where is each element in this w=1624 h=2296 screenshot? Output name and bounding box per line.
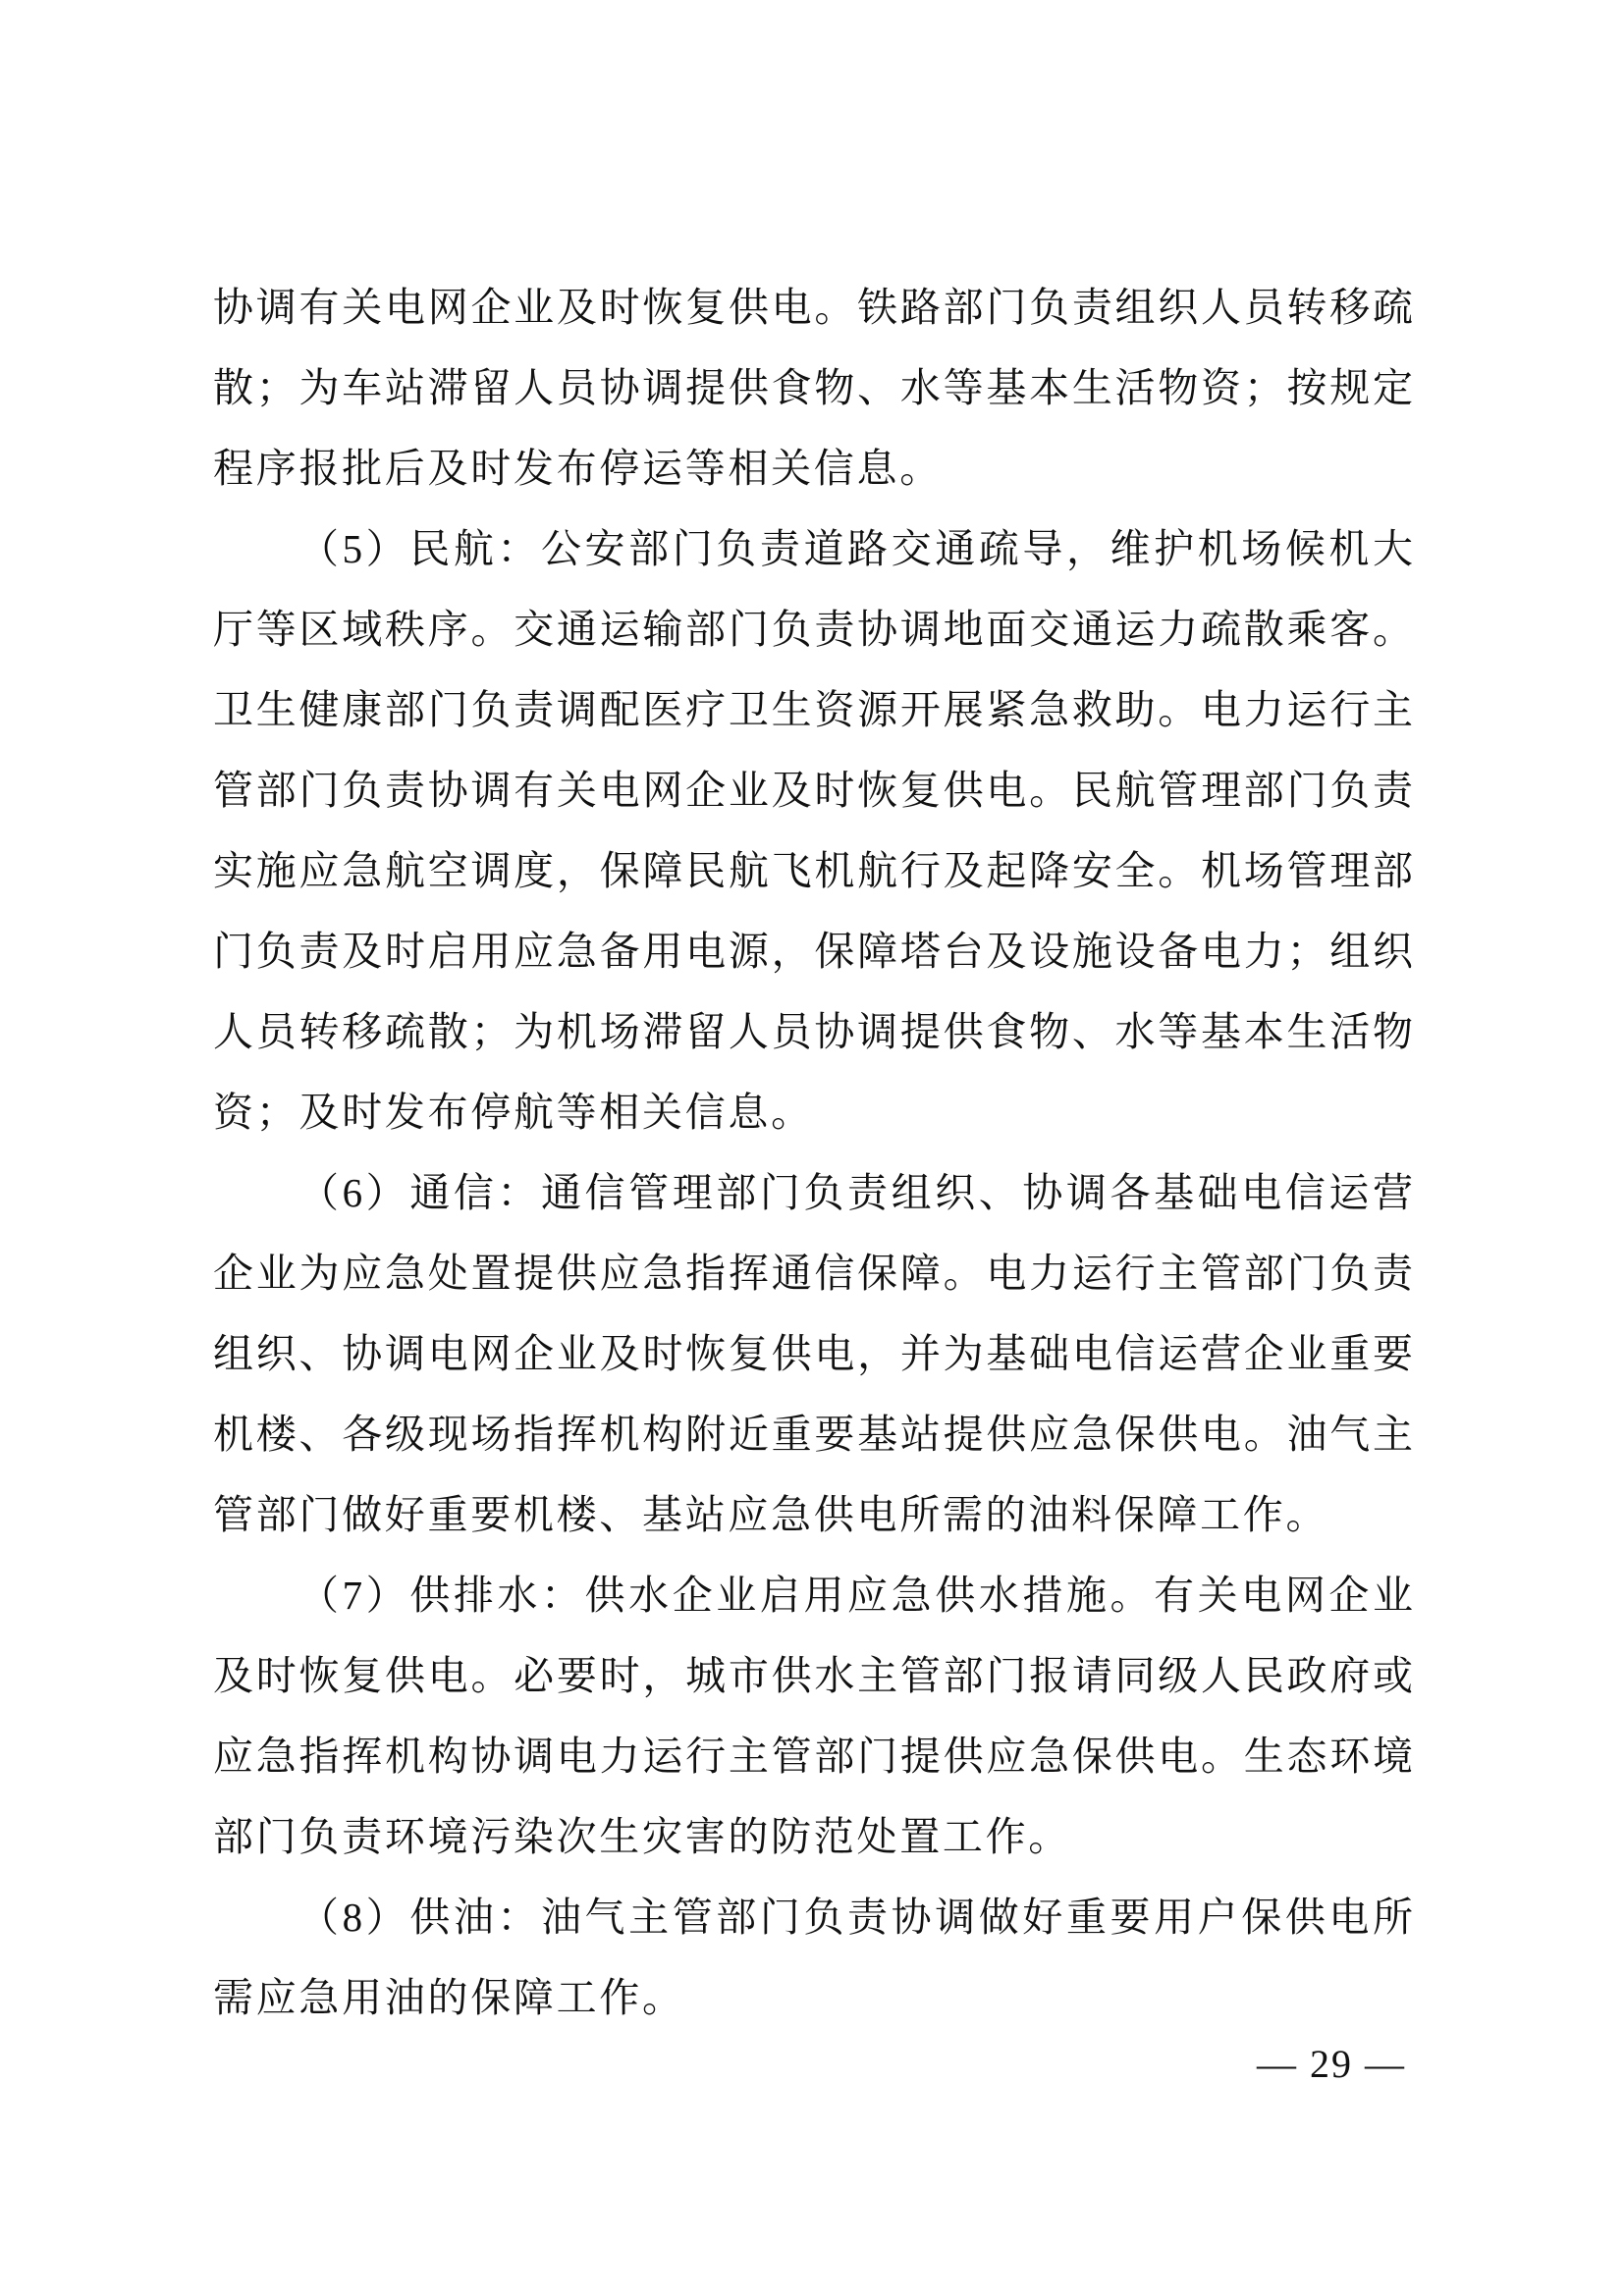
text-line: （6）通信：通信管理部门负责组织、协调各基础电信运营: [213, 1152, 1413, 1233]
paragraph-item-6-communications: （6）通信：通信管理部门负责组织、协调各基础电信运营企业为应急处置提供应急指挥通…: [213, 1152, 1413, 1555]
paragraph-item-8-oil-supply: （8）供油：油气主管部门负责协调做好重要用户保供电所需应急用油的保障工作。: [213, 1877, 1413, 2038]
paragraph-railway-continuation: 协调有关电网企业及时恢复供电。铁路部门负责组织人员转移疏散；为车站滞留人员协调提…: [213, 267, 1413, 508]
text-line: （8）供油：油气主管部门负责协调做好重要用户保供电所: [213, 1877, 1413, 1957]
document-body: 协调有关电网企业及时恢复供电。铁路部门负责组织人员转移疏散；为车站滞留人员协调提…: [213, 267, 1413, 2038]
text-line: （5）民航：公安部门负责道路交通疏导，维护机场候机大: [213, 508, 1413, 589]
paragraph-item-5-civil-aviation: （5）民航：公安部门负责道路交通疏导，维护机场候机大厅等区域秩序。交通运输部门负…: [213, 508, 1413, 1152]
text-line: 厅等区域秩序。交通运输部门负责协调地面交通运力疏散乘客。: [213, 589, 1413, 669]
text-line: 组织、协调电网企业及时恢复供电，并为基础电信运营企业重要: [213, 1313, 1413, 1394]
text-line: 管部门做好重要机楼、基站应急供电所需的油料保障工作。: [213, 1474, 1413, 1555]
paragraph-item-7-water-supply: （7）供排水：供水企业启用应急供水措施。有关电网企业及时恢复供电。必要时，城市供…: [213, 1555, 1413, 1877]
text-line: 机楼、各级现场指挥机构附近重要基站提供应急保供电。油气主: [213, 1394, 1413, 1474]
text-line: 门负责及时启用应急备用电源，保障塔台及设施设备电力；组织: [213, 911, 1413, 991]
document-page: 协调有关电网企业及时恢复供电。铁路部门负责组织人员转移疏散；为车站滞留人员协调提…: [0, 0, 1624, 2296]
text-line: 企业为应急处置提供应急指挥通信保障。电力运行主管部门负责: [213, 1233, 1413, 1313]
text-line: 散；为车站滞留人员协调提供食物、水等基本生活物资；按规定: [213, 347, 1413, 428]
text-line: 应急指挥机构协调电力运行主管部门提供应急保供电。生态环境: [213, 1716, 1413, 1796]
text-line: 人员转移疏散；为机场滞留人员协调提供食物、水等基本生活物: [213, 991, 1413, 1072]
text-line: 需应急用油的保障工作。: [213, 1957, 1413, 2038]
text-line: 协调有关电网企业及时恢复供电。铁路部门负责组织人员转移疏: [213, 267, 1413, 347]
page-number: — 29 —: [1257, 2040, 1406, 2089]
text-line: 部门负责环境污染次生灾害的防范处置工作。: [213, 1796, 1413, 1877]
text-line: 资；及时发布停航等相关信息。: [213, 1072, 1413, 1152]
text-line: （7）供排水：供水企业启用应急供水措施。有关电网企业: [213, 1555, 1413, 1635]
text-line: 及时恢复供电。必要时，城市供水主管部门报请同级人民政府或: [213, 1635, 1413, 1716]
text-line: 管部门负责协调有关电网企业及时恢复供电。民航管理部门负责: [213, 750, 1413, 830]
text-line: 实施应急航空调度，保障民航飞机航行及起降安全。机场管理部: [213, 830, 1413, 911]
text-line: 程序报批后及时发布停运等相关信息。: [213, 428, 1413, 508]
text-line: 卫生健康部门负责调配医疗卫生资源开展紧急救助。电力运行主: [213, 669, 1413, 750]
